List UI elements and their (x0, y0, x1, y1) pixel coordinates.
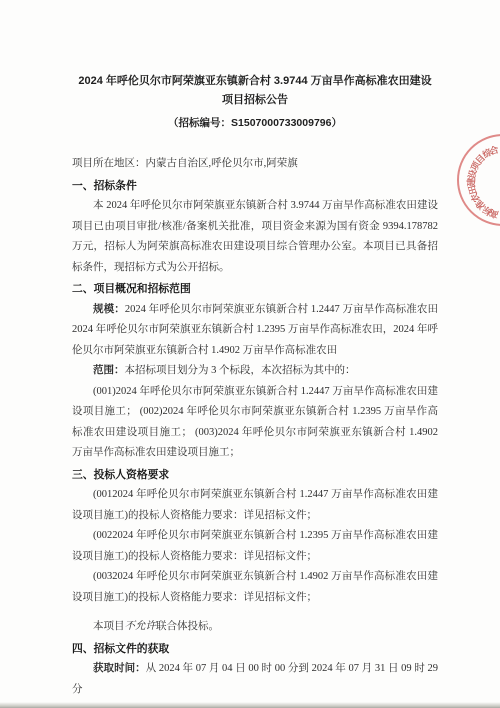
joint-venture-line: 本项目不允许联合体投标。 (72, 617, 438, 638)
seal-character: 田 (465, 184, 480, 196)
document-title: 2024 年呼伦贝尔市阿荣旗亚东镇新合村 3.9744 万亩旱作高标准农田建设项… (76, 72, 434, 110)
seal-character: 标 (479, 203, 494, 219)
lots-paragraph: (001)2024 年呼伦贝尔市阿荣旗亚东镇新合村 1.2447 万亩旱作高标准… (72, 382, 438, 464)
scale-paragraph: 规模：2024 年呼伦贝尔市阿荣旗亚东镇新合村 1.2447 万亩旱作高标准农田… (72, 300, 438, 362)
document-page: 2024 年呼伦贝尔市阿荣旗亚东镇新合村 3.9744 万亩旱作高标准农田建设项… (0, 0, 500, 708)
qualification-req-3: (0032024 年呼伦贝尔市阿荣旗亚东镇新合村 1.4902 万亩旱作高标准农… (72, 567, 438, 608)
seal-character: 建 (465, 177, 478, 186)
seal-character: 目 (472, 151, 488, 166)
scope-label: 范围： (93, 365, 125, 376)
jv-prefix: 本项目 (93, 621, 125, 632)
page-bottom-edge (0, 702, 500, 708)
seal-character: 综 (479, 145, 494, 161)
obtain-time-label: 获取时间： (93, 663, 146, 674)
scope-paragraph: 范围：本招标项目划分为 3 个标段，本次招标为其中的： (72, 361, 438, 382)
seal-character: 农 (467, 191, 483, 205)
seal-character: 合 (488, 142, 500, 157)
seal-character: 高 (488, 207, 500, 222)
seal-character: 准 (472, 198, 488, 213)
section-heading-3: 三、投标人资格要求 (72, 465, 438, 486)
project-location-line: 项目所在地区：内蒙古自治区,呼伦贝尔市,阿荣旗 (72, 154, 438, 175)
scale-label: 规模： (93, 304, 125, 315)
official-red-seal: 高标准农田建设项目综合 (457, 134, 500, 226)
scope-text: 本招标项目划分为 3 个标段，本次招标为其中的： (125, 365, 356, 376)
obtain-time-paragraph: 获取时间：从 2024 年 07 月 04 日 00 时 00 分到 2024 … (72, 659, 438, 700)
qualification-req-2: (0022024 年呼伦贝尔市阿荣旗亚东镇新合村 1.2395 万亩旱作高标准农… (72, 526, 438, 567)
section-heading-2: 二、项目概况和招标范围 (72, 279, 438, 300)
section1-paragraph: 本 2024 年呼伦贝尔市阿荣旗亚东镇新合村 3.9744 万亩旱作高标准农田建… (72, 196, 438, 278)
tender-number: （招标编号：S1507000733009796） (72, 115, 438, 131)
scale-text: 2024 年呼伦贝尔市阿荣旗亚东镇新合村 1.2447 万亩旱作高标准农田 20… (72, 304, 438, 356)
qualification-req-1: (0012024 年呼伦贝尔市阿荣旗亚东镇新合村 1.2447 万亩旱作高标准农… (72, 485, 438, 526)
jv-emphasis: 不允许 (125, 621, 157, 632)
document-content: 2024 年呼伦贝尔市阿荣旗亚东镇新合村 3.9744 万亩旱作高标准农田建设项… (72, 72, 438, 700)
seal-character: 项 (467, 159, 483, 173)
section-heading-1: 一、招标条件 (72, 176, 438, 197)
section-heading-4: 四、招标文件的获取 (72, 639, 438, 660)
seal-character: 设 (465, 168, 480, 180)
jv-suffix: 联合体投标。 (156, 621, 219, 632)
